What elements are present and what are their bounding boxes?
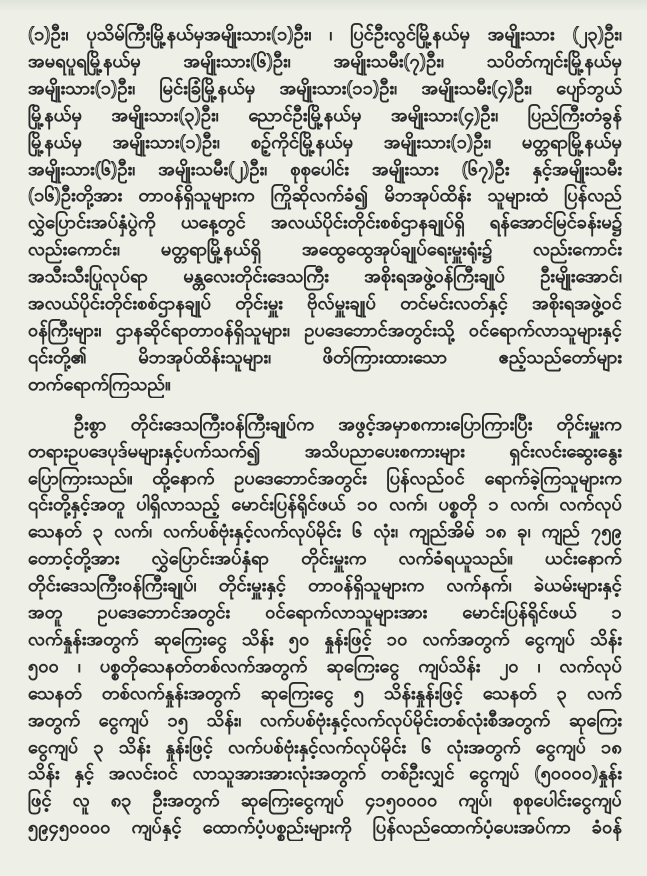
text-line: (၁)ဦး၊ ပုသိမ်ကြီးမြို့နယ်မှအမျိုးသား(၁)ဦ… <box>28 21 622 48</box>
text-line: တိုင်းဒေသကြီးဝန်ကြီးချုပ်၊ တိုင်းမှူးနှင… <box>28 572 622 599</box>
text-line: ပြောကြားသည်။ ထို့နောက် ဥပဒေဘောင်အတွင်း ပ… <box>28 465 622 492</box>
text-line: ဝန်ကြီးများ၊ ဌာနဆိုင်ရာတာဝန်ရှိသူများ၊ ဥ… <box>28 317 622 344</box>
text-line: သေနတ် ၃ လက်၊ လက်ပစ်ဗုံးနှင့်လက်လုပ်မိုင်… <box>28 518 622 545</box>
text-line: တရားဥပဒေပုဒ်မများနှင့်ပက်သက်၍ အသိပညာပေးစ… <box>28 438 622 465</box>
text-line: ၎င်းတို့၏ မိဘအုပ်ထိန်းသူများ၊ ဖိတ်ကြားထာ… <box>28 344 622 371</box>
text-line: တောင့်တို့အား လွှဲပြောင်းအပ်နှံရာ တိုင်း… <box>28 545 622 572</box>
text-line: လွှဲပြောင်းအပ်နှံပွဲကို ယနေ့တွင် အလယ်ပို… <box>28 209 622 236</box>
text-line: အမျိုးသား(၁)ဦး၊ မြင်းခြံမြို့နယ်မှ အမျို… <box>28 75 622 102</box>
text-line: ငွေကျပ် ၃ သိန်း နှုန်းဖြင့် လက်ပစ်ဗုံးနှ… <box>28 734 622 761</box>
text-line: အမျိုးသား(၆)ဦး၊ အမျိုးသမီး(၂)ဦး၊ စုစုပေါ… <box>28 156 622 183</box>
text-line: ဖြင့် လူ ၈၃ ဦးအတွက် ဆုကြေးငွေကျပ် ၄၁၅၀၀၀… <box>28 787 622 814</box>
text-line: အတူ ဥပဒေဘောင်အတွင်း ဝင်ရောက်လာသူများအား … <box>28 599 622 626</box>
text-line: လက်နှုန်းအတွက် ဆုကြေးငွေ သိန်း ၅၀ နှုန်း… <box>28 626 622 653</box>
text-line: သိန်း နှင့် အလင်းဝင် လာသူအားအားလုံးအတွက်… <box>28 760 622 787</box>
text-line: မြို့နယ်မှ အမျိုးသား(၁)ဦး၊ စဉ့်ကိုင်မြို… <box>28 129 622 156</box>
text-line: ၅၀၀ ၊ ပစ္စတိုသေနတ်တစ်လက်အတွက် ဆုကြေးငွေ … <box>28 653 622 680</box>
text-line: အတွက် ငွေကျပ် ၁၅ သိန်း၊ လက်ပစ်ဗုံးနှင့်လ… <box>28 707 622 734</box>
text-line: သေနတ် တစ်လက်နှုန်းအတွက် ဆုကြေးငွေ ၅ သိန်… <box>28 680 622 707</box>
text-line: ဦးစွာ တိုင်းဒေသကြီးဝန်ကြီးချုပ်က အဖွင့်အ… <box>28 411 622 438</box>
text-line: လည်းကောင်း၊ မတ္တရာမြို့နယ်ရှိ အထွေထွေအုပ… <box>28 236 622 263</box>
text-line: အလယ်ပိုင်းတိုင်းစစ်ဌာနချုပ် တိုင်းမှူး ဗ… <box>28 290 622 317</box>
text-line: (၁၆)ဦးတို့အား တာဝန်ရှိသူများက ကြိုဆိုလက်… <box>28 182 622 209</box>
text-line: ၎င်းတို့နှင့်အတူ ပါရှိလာသည့် မောင်းပြန်ရ… <box>28 491 622 518</box>
body-text: (၁)ဦး၊ ပုသိမ်ကြီးမြို့နယ်မှအမျိုးသား(၁)ဦ… <box>28 21 622 841</box>
document-page: (၁)ဦး၊ ပုသိမ်ကြီးမြို့နယ်မှအမျိုးသား(၁)ဦ… <box>0 0 647 876</box>
text-line: ၅၉၄၅၀၀၀၀ ကျပ်နှင့် ထောက်ပံ့ပစ္စည်းများကိ… <box>28 814 622 841</box>
text-line: မြို့နယ်မှ အမျိုးသား(၃)ဦး၊ ညောင်ဦးမြို့န… <box>28 102 622 129</box>
text-line: အသီးသီးပြုလုပ်ရာ မန္တလေးတိုင်းဒေသကြီး အစ… <box>28 263 622 290</box>
paragraph-main: ဦးစွာ တိုင်းဒေသကြီးဝန်ကြီးချုပ်က အဖွင့်အ… <box>28 411 622 842</box>
paragraph-continuation: (၁)ဦး၊ ပုသိမ်ကြီးမြို့နယ်မှအမျိုးသား(၁)ဦ… <box>28 21 622 398</box>
text-line: တက်ရောက်ကြသည်။ <box>28 371 622 398</box>
text-line: အမရပူရမြို့နယ်မှ အမျိုးသား(၆)ဦး၊ အမျိုးသ… <box>28 48 622 75</box>
